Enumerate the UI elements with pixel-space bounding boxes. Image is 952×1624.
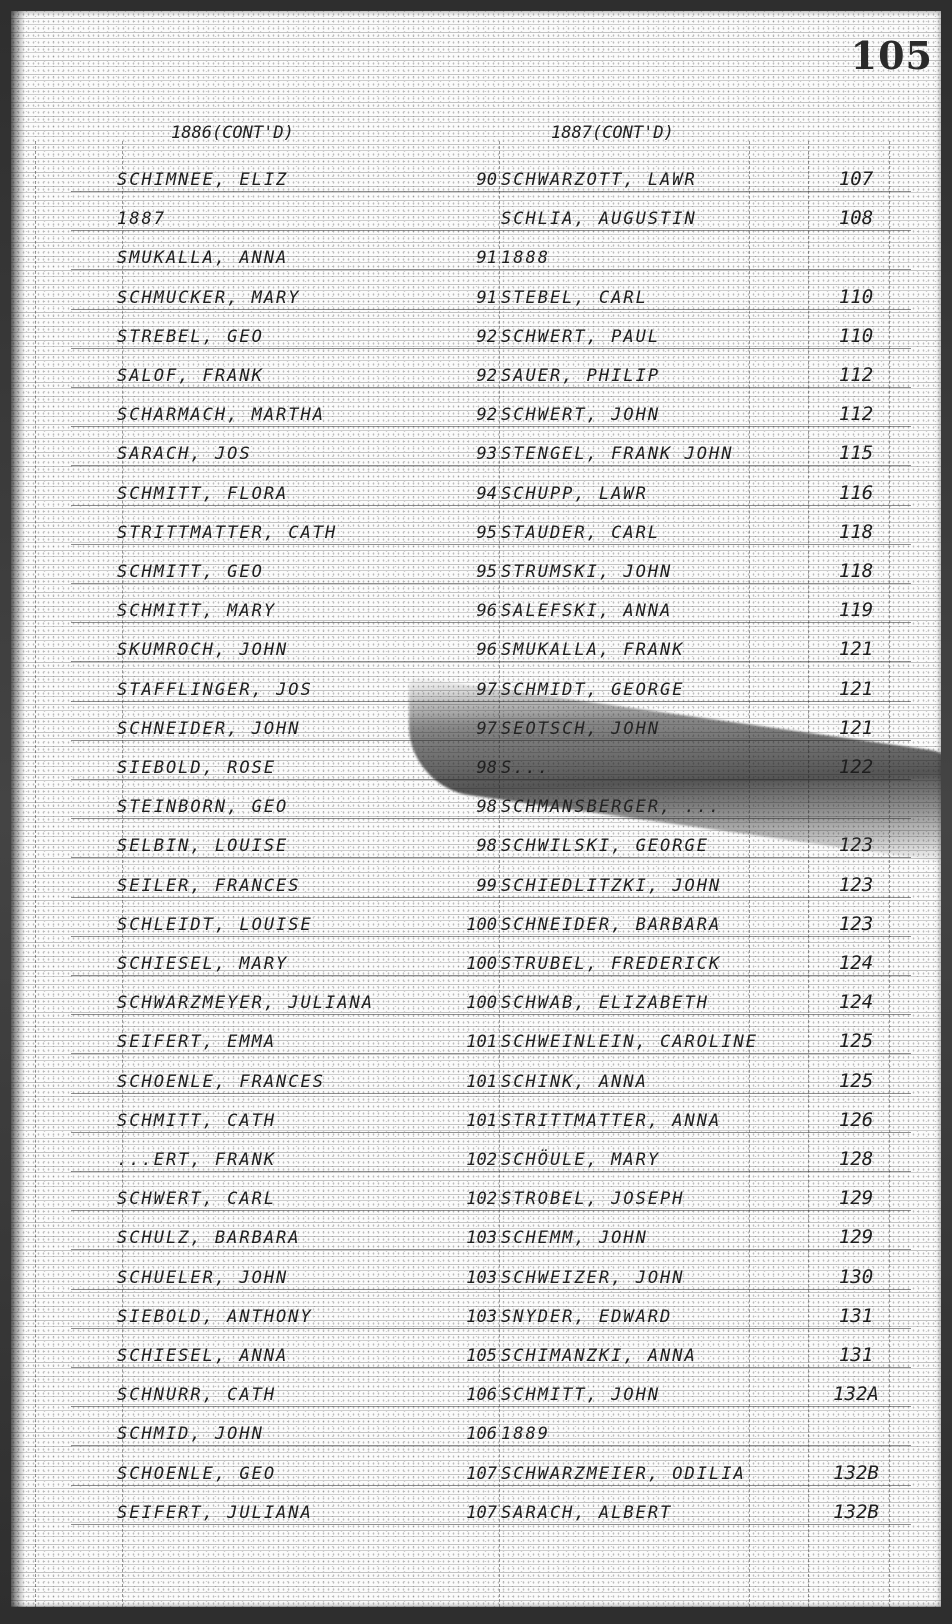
right-name: STRUMSKI, JOHN	[501, 562, 672, 582]
left-name: SCHULZ, BARBARA	[117, 1228, 301, 1248]
right-name: SNYDER, EDWARD	[501, 1307, 672, 1327]
left-column-header: 1886(CONT'D)	[171, 123, 294, 143]
right-page-number: 121	[826, 717, 886, 739]
ledger-row: SCHMID, JOHN1061889	[11, 1412, 941, 1450]
left-name: SCHWARZMEYER, JULIANA	[117, 993, 374, 1013]
left-name: STRITTMATTER, CATH	[117, 523, 337, 543]
right-page-number: 123	[826, 874, 886, 896]
ledger-row: SCHIESEL, ANNA105SCHIMANZKI, ANNA131	[11, 1334, 941, 1372]
right-page-number: 130	[826, 1266, 886, 1288]
left-name: STEINBORN, GEO	[117, 797, 288, 817]
right-page-number: 123	[826, 913, 886, 935]
right-page-number: 118	[826, 560, 886, 582]
right-page-number: 112	[826, 364, 886, 386]
left-page-number: 92	[451, 366, 497, 386]
ledger-row: SCHMUCKER, MARY91STEBEL, CARL110	[11, 276, 941, 314]
left-name: SCHMID, JOHN	[117, 1424, 264, 1444]
right-name: SCHUPP, LAWR	[501, 484, 648, 504]
right-name: SCHLIA, AUGUSTIN	[501, 209, 697, 229]
left-page-number: 102	[451, 1150, 497, 1170]
ledger-row: SCHARMACH, MARTHA92SCHWERT, JOHN112	[11, 393, 941, 431]
left-page-number: 103	[451, 1268, 497, 1288]
ledger-row: SCHNURR, CATH106SCHMITT, JOHN132A	[11, 1373, 941, 1411]
left-name: SCHNURR, CATH	[117, 1385, 276, 1405]
right-page-number: 124	[826, 952, 886, 974]
row-rule	[71, 230, 911, 231]
row-rule	[71, 622, 911, 623]
ledger-row: STREBEL, GEO92SCHWERT, PAUL110	[11, 315, 941, 353]
left-name: SCHMITT, CATH	[117, 1111, 276, 1131]
row-rule	[71, 583, 911, 584]
right-name: SCHINK, ANNA	[501, 1072, 648, 1092]
ledger-row: SCHMITT, FLORA94SCHUPP, LAWR116	[11, 472, 941, 510]
ledger-row: SCHIESEL, MARY100STRUBEL, FREDERICK124	[11, 942, 941, 980]
right-name: 1888	[501, 248, 550, 268]
left-name: SEILER, FRANCES	[117, 876, 301, 896]
right-name: SCHÖULE, MARY	[501, 1150, 660, 1170]
left-name: SCHNEIDER, JOHN	[117, 719, 301, 739]
right-column-header: 1887(CONT'D)	[551, 123, 674, 143]
right-page-number: 126	[826, 1109, 886, 1131]
right-page-number: 119	[826, 599, 886, 621]
left-page-number: 91	[451, 288, 497, 308]
ledger-row: 1887SCHLIA, AUGUSTIN108	[11, 197, 941, 235]
row-rule	[71, 505, 911, 506]
row-rule	[71, 1328, 911, 1329]
right-name: 1889	[501, 1424, 550, 1444]
left-name: SCHMUCKER, MARY	[117, 288, 301, 308]
left-page-number: 92	[451, 327, 497, 347]
row-rule	[71, 348, 911, 349]
right-page-number: 108	[826, 207, 886, 229]
ledger-row: SCHOENLE, GEO107SCHWARZMEIER, ODILIA132B	[11, 1452, 941, 1490]
ledger-row: SCHWARZMEYER, JULIANA100SCHWAB, ELIZABET…	[11, 981, 941, 1019]
left-page-number: 103	[451, 1228, 497, 1248]
page-number: 105	[851, 33, 933, 78]
left-name: SCHOENLE, GEO	[117, 1464, 276, 1484]
left-name: ...ERT, FRANK	[117, 1150, 276, 1170]
left-page-number: 100	[451, 954, 497, 974]
ledger-row: SCHULZ, BARBARA103SCHEMM, JOHN129	[11, 1216, 941, 1254]
row-rule	[71, 1445, 911, 1446]
left-name: SEIFERT, EMMA	[117, 1032, 276, 1052]
right-name: SARACH, ALBERT	[501, 1503, 672, 1523]
ledger-row: STRITTMATTER, CATH95STAUDER, CARL118	[11, 511, 941, 549]
right-page-number: 131	[826, 1305, 886, 1327]
right-name: SCHEMM, JOHN	[501, 1228, 648, 1248]
row-rule	[71, 387, 911, 388]
row-rule	[71, 269, 911, 270]
right-name: STROBEL, JOSEPH	[501, 1189, 685, 1209]
row-rule	[71, 191, 911, 192]
right-name: SCHMITT, JOHN	[501, 1385, 660, 1405]
left-page-number: 98	[451, 797, 497, 817]
left-page-number: 96	[451, 640, 497, 660]
right-name: SCHWAB, ELIZABETH	[501, 993, 709, 1013]
row-rule	[71, 1093, 911, 1094]
right-name: SCHWARZOTT, LAWR	[501, 170, 697, 190]
row-rule	[71, 975, 911, 976]
row-rule	[71, 309, 911, 310]
left-page-number: 99	[451, 876, 497, 896]
row-rule	[71, 936, 911, 937]
ledger-row: SARACH, JOS93STENGEL, FRANK JOHN115	[11, 432, 941, 470]
row-rule	[71, 465, 911, 466]
left-page-number: 98	[451, 836, 497, 856]
left-page-number: 103	[451, 1307, 497, 1327]
left-page-number: 106	[451, 1385, 497, 1405]
left-page-number: 101	[451, 1111, 497, 1131]
right-page-number: 112	[826, 403, 886, 425]
left-name: SCHIESEL, ANNA	[117, 1346, 288, 1366]
ledger-row: SCHOENLE, FRANCES101SCHINK, ANNA125	[11, 1060, 941, 1098]
right-page-number: 132B	[826, 1501, 886, 1523]
row-rule	[71, 1485, 911, 1486]
right-name: STRITTMATTER, ANNA	[501, 1111, 721, 1131]
right-page-number: 118	[826, 521, 886, 543]
right-page-number: 125	[826, 1070, 886, 1092]
left-name: SCHLEIDT, LOUISE	[117, 915, 313, 935]
row-rule	[71, 897, 911, 898]
row-rule	[71, 1524, 911, 1525]
left-page-number: 96	[451, 601, 497, 621]
row-rule	[71, 1132, 911, 1133]
right-name: SAUER, PHILIP	[501, 366, 660, 386]
left-name: SCHARMACH, MARTHA	[117, 405, 325, 425]
row-rule	[71, 1289, 911, 1290]
left-name: SKUMROCH, JOHN	[117, 640, 288, 660]
right-page-number: 115	[826, 442, 886, 464]
ledger-row: SIEBOLD, ANTHONY103SNYDER, EDWARD131	[11, 1295, 941, 1333]
left-page-number: 91	[451, 248, 497, 268]
left-page-number: 106	[451, 1424, 497, 1444]
left-name: SELBIN, LOUISE	[117, 836, 288, 856]
left-name: SARACH, JOS	[117, 444, 252, 464]
left-page-number: 105	[451, 1346, 497, 1366]
left-page-number: 90	[451, 170, 497, 190]
ledger-row: SCHUELER, JOHN103SCHWEIZER, JOHN130	[11, 1256, 941, 1294]
right-name: STENGEL, FRANK JOHN	[501, 444, 733, 464]
right-page-number: 110	[826, 325, 886, 347]
right-page-number: 128	[826, 1148, 886, 1170]
left-page-number: 100	[451, 915, 497, 935]
left-name: SCHUELER, JOHN	[117, 1268, 288, 1288]
right-name: SCHWEINLEIN, CAROLINE	[501, 1032, 758, 1052]
left-name: SEIFERT, JULIANA	[117, 1503, 313, 1523]
ledger-page: 105 1886(CONT'D) 1887(CONT'D) SCHIMNEE, …	[11, 11, 941, 1607]
row-rule	[71, 1249, 911, 1250]
left-page-number: 107	[451, 1503, 497, 1523]
left-page-number: 95	[451, 562, 497, 582]
ledger-row: SCHLEIDT, LOUISE100SCHNEIDER, BARBARA123	[11, 903, 941, 941]
right-page-number: 124	[826, 991, 886, 1013]
right-name: SCHWERT, JOHN	[501, 405, 660, 425]
left-page-number: 94	[451, 484, 497, 504]
right-name: SCHIMANZKI, ANNA	[501, 1346, 697, 1366]
right-page-number: 125	[826, 1030, 886, 1052]
right-page-number: 121	[826, 638, 886, 660]
row-rule	[71, 1367, 911, 1368]
right-name: SMUKALLA, FRANK	[501, 640, 685, 660]
left-name: SIEBOLD, ANTHONY	[117, 1307, 313, 1327]
left-page-number: 100	[451, 993, 497, 1013]
ledger-row: ...ERT, FRANK102SCHÖULE, MARY128	[11, 1138, 941, 1176]
right-page-number: 121	[826, 678, 886, 700]
right-name: SCHNEIDER, BARBARA	[501, 915, 721, 935]
ledger-row: SEILER, FRANCES99SCHIEDLITZKI, JOHN123	[11, 864, 941, 902]
ledger-row: SCHMITT, GEO95STRUMSKI, JOHN118	[11, 550, 941, 588]
right-page-number: 132B	[826, 1462, 886, 1484]
right-name: STRUBEL, FREDERICK	[501, 954, 721, 974]
ledger-row: SCHMITT, CATH101STRITTMATTER, ANNA126	[11, 1099, 941, 1137]
right-name: SCHWEIZER, JOHN	[501, 1268, 685, 1288]
right-page-number: 129	[826, 1187, 886, 1209]
right-name: SCHWILSKI, GEORGE	[501, 836, 709, 856]
left-name: STAFFLINGER, JOS	[117, 680, 313, 700]
left-name: 1887	[117, 209, 166, 229]
left-page-number: 93	[451, 444, 497, 464]
ledger-row: SALOF, FRANK92SAUER, PHILIP112	[11, 354, 941, 392]
right-name: STEBEL, CARL	[501, 288, 648, 308]
right-name: STAUDER, CARL	[501, 523, 660, 543]
row-rule	[71, 661, 911, 662]
row-rule	[71, 1014, 911, 1015]
left-name: SCHMITT, MARY	[117, 601, 276, 621]
left-name: SCHMITT, FLORA	[117, 484, 288, 504]
right-name: SCHWARZMEIER, ODILIA	[501, 1464, 746, 1484]
ledger-row: SCHWERT, CARL102STROBEL, JOSEPH129	[11, 1177, 941, 1215]
ledger-row: SEIFERT, JULIANA107SARACH, ALBERT132B	[11, 1491, 941, 1529]
row-rule	[71, 1210, 911, 1211]
left-name: STREBEL, GEO	[117, 327, 264, 347]
left-name: SALOF, FRANK	[117, 366, 264, 386]
left-name: SCHIESEL, MARY	[117, 954, 288, 974]
right-page-number: 131	[826, 1344, 886, 1366]
left-name: SIEBOLD, ROSE	[117, 758, 276, 778]
row-rule	[71, 426, 911, 427]
ledger-row: SMUKALLA, ANNA911888	[11, 236, 941, 274]
right-name: SCHWERT, PAUL	[501, 327, 660, 347]
right-page-number: 129	[826, 1226, 886, 1248]
row-rule	[71, 857, 911, 858]
ledger-row: SKUMROCH, JOHN96SMUKALLA, FRANK121	[11, 628, 941, 666]
left-name: SCHMITT, GEO	[117, 562, 264, 582]
left-page-number: 102	[451, 1189, 497, 1209]
right-page-number: 107	[826, 168, 886, 190]
row-rule	[71, 1406, 911, 1407]
left-name: SCHWERT, CARL	[117, 1189, 276, 1209]
left-page-number: 107	[451, 1464, 497, 1484]
left-page-number: 92	[451, 405, 497, 425]
ledger-row: SCHMITT, MARY96SALEFSKI, ANNA119	[11, 589, 941, 627]
right-name: SALEFSKI, ANNA	[501, 601, 672, 621]
left-page-number: 95	[451, 523, 497, 543]
left-page-number: 101	[451, 1072, 497, 1092]
right-page-number: 116	[826, 482, 886, 504]
left-name: SCHIMNEE, ELIZ	[117, 170, 288, 190]
left-name: SCHOENLE, FRANCES	[117, 1072, 325, 1092]
row-rule	[71, 544, 911, 545]
left-name: SMUKALLA, ANNA	[117, 248, 288, 268]
row-rule	[71, 1053, 911, 1054]
row-rule	[71, 1171, 911, 1172]
ledger-row: SEIFERT, EMMA101SCHWEINLEIN, CAROLINE125	[11, 1020, 941, 1058]
right-page-number: 110	[826, 286, 886, 308]
right-name: SCHIEDLITZKI, JOHN	[501, 876, 721, 896]
ledger-row: SCHIMNEE, ELIZ90SCHWARZOTT, LAWR107	[11, 158, 941, 196]
right-page-number: 132A	[826, 1383, 886, 1405]
left-page-number: 101	[451, 1032, 497, 1052]
